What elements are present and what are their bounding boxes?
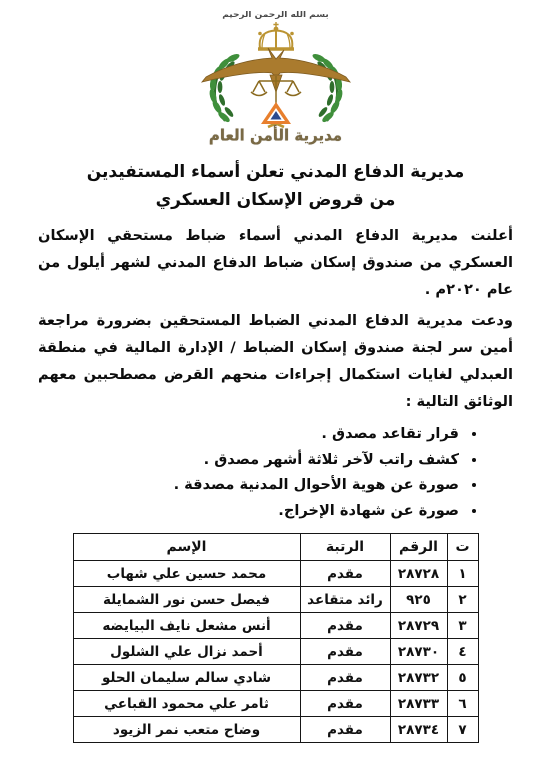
table-row: ٣٢٨٧٢٩مقدمأنس مشعل نايف البيايضه	[73, 613, 478, 639]
directorate-name-calligraphy: مديرية الأمن العام	[38, 126, 513, 145]
announcement-page: بسم الله الرحمن الرحيم	[0, 0, 553, 782]
cell-name: وضاح متعب نمر الزيود	[73, 717, 300, 743]
cell-name: محمد حسين علي شهاب	[73, 561, 300, 587]
title-line-1: مديرية الدفاع المدني تعلن أسماء المستفيد…	[38, 158, 513, 186]
table-row: ٢٩٢٥رائد متقاعدفيصل حسن نور الشمايلة	[73, 587, 478, 613]
title-line-2: من قروض الإسكان العسكري	[38, 186, 513, 214]
table-row: ٦٢٨٧٣٣مقدمثامر علي محمود القباعي	[73, 691, 478, 717]
cell-serial: ٧	[447, 717, 478, 743]
table-row: ٧٢٨٧٣٤مقدموضاح متعب نمر الزيود	[73, 717, 478, 743]
document-item: قرار تقاعد مصدق .	[38, 421, 461, 447]
cell-name: ثامر علي محمود القباعي	[73, 691, 300, 717]
cell-name: شادي سالم سليمان الحلو	[73, 665, 300, 691]
cell-rank: مقدم	[300, 665, 390, 691]
cell-name: فيصل حسن نور الشمايلة	[73, 587, 300, 613]
required-documents-list: قرار تقاعد مصدق .كشف راتب لآخر ثلاثة أشه…	[38, 421, 513, 523]
cell-number: ٢٨٧٣٣	[390, 691, 447, 717]
cell-number: ٩٢٥	[390, 587, 447, 613]
cell-rank: مقدم	[300, 639, 390, 665]
header-name: الإسم	[73, 534, 300, 561]
table-body: ١٢٨٧٢٨مقدممحمد حسين علي شهاب٢٩٢٥رائد متق…	[73, 561, 478, 743]
table-row: ٤٢٨٧٣٠مقدمأحمد نزال علي الشلول	[73, 639, 478, 665]
cell-number: ٢٨٧٣٠	[390, 639, 447, 665]
document-item: صورة عن هوية الأحوال المدنية مصدقة .	[38, 472, 461, 498]
cell-number: ٢٨٧٣٤	[390, 717, 447, 743]
table-header-row: ت الرقم الرتبة الإسم	[73, 534, 478, 561]
beneficiaries-table: ت الرقم الرتبة الإسم ١٢٨٧٢٨مقدممحمد حسين…	[73, 533, 479, 743]
table-row: ٥٢٨٧٣٢مقدمشادي سالم سليمان الحلو	[73, 665, 478, 691]
cell-rank: مقدم	[300, 691, 390, 717]
civil-defense-triangle-icon	[261, 102, 291, 124]
crown-icon	[258, 22, 294, 49]
header-number: الرقم	[390, 534, 447, 561]
announcement-paragraph-1: أعلنت مديرية الدفاع المدني أسماء ضباط مس…	[38, 222, 513, 303]
cell-serial: ٣	[447, 613, 478, 639]
cell-rank: رائد متقاعد	[300, 587, 390, 613]
cell-number: ٢٨٧٣٢	[390, 665, 447, 691]
cell-rank: مقدم	[300, 561, 390, 587]
cell-number: ٢٨٧٢٨	[390, 561, 447, 587]
announcement-paragraph-2: ودعت مديرية الدفاع المدني الضباط المستحق…	[38, 307, 513, 415]
cell-rank: مقدم	[300, 613, 390, 639]
cell-serial: ٦	[447, 691, 478, 717]
page-title: مديرية الدفاع المدني تعلن أسماء المستفيد…	[38, 158, 513, 214]
cell-rank: مقدم	[300, 717, 390, 743]
cell-number: ٢٨٧٢٩	[390, 613, 447, 639]
public-security-directorate-emblem-icon	[186, 18, 366, 134]
scales-icon	[251, 76, 301, 104]
table-row: ١٢٨٧٢٨مقدممحمد حسين علي شهاب	[73, 561, 478, 587]
cell-serial: ٤	[447, 639, 478, 665]
cell-name: أحمد نزال علي الشلول	[73, 639, 300, 665]
emblem-block: بسم الله الرحمن الرحيم	[38, 10, 513, 144]
document-item: كشف راتب لآخر ثلاثة أشهر مصدق .	[38, 447, 461, 473]
cell-serial: ١	[447, 561, 478, 587]
bismillah-calligraphy: بسم الله الرحمن الرحيم	[38, 11, 513, 20]
cell-serial: ٢	[447, 587, 478, 613]
header-rank: الرتبة	[300, 534, 390, 561]
document-item: صورة عن شهادة الإخراج.	[38, 498, 461, 524]
header-serial: ت	[447, 534, 478, 561]
cell-serial: ٥	[447, 665, 478, 691]
cell-name: أنس مشعل نايف البيايضه	[73, 613, 300, 639]
